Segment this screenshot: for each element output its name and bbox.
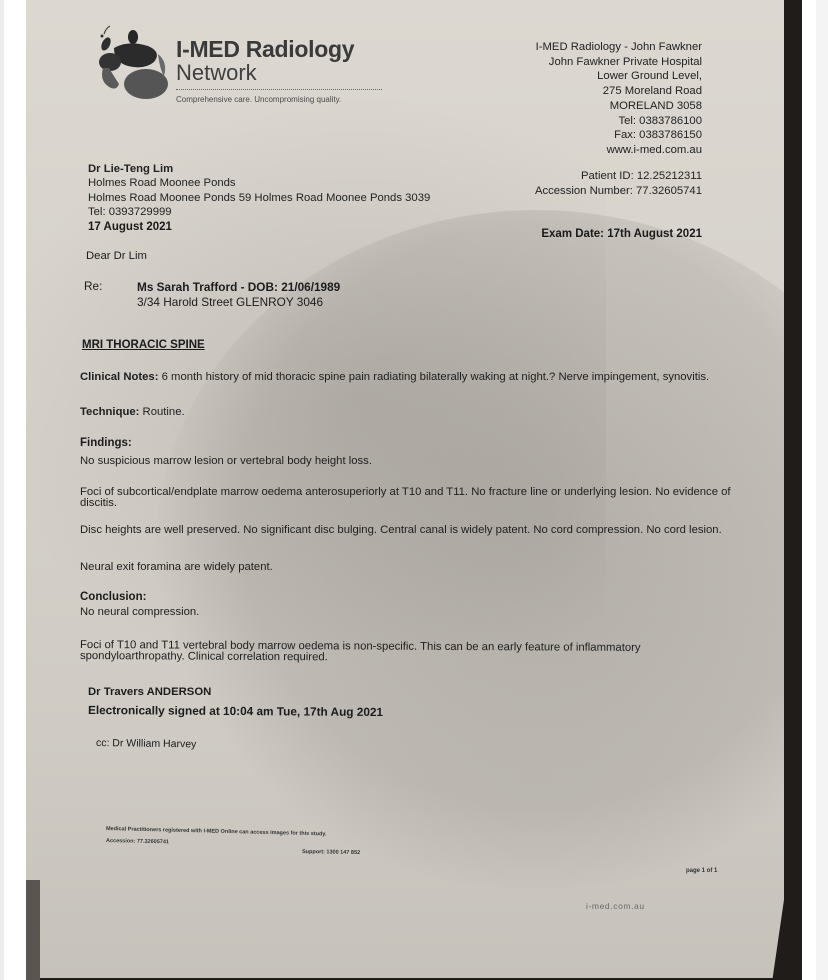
- salutation: Dear Dr Lim: [86, 250, 147, 262]
- table-edge: [26, 880, 40, 980]
- imed-logo-icon: [76, 24, 168, 104]
- findings-heading: Findings:: [80, 437, 132, 449]
- technique: Technique: Routine.: [80, 407, 740, 418]
- clinic-tel: Tel: 0383786100: [536, 114, 702, 129]
- accession-number: Accession Number: 77.32605741: [535, 184, 702, 199]
- clinic-level: Lower Ground Level,: [536, 69, 702, 84]
- footer-url: i-med.com.au: [586, 901, 645, 911]
- referrer-name: Dr Lie-Teng Lim: [88, 162, 430, 176]
- electronic-signature: Electronically signed at 10:04 am Tue, 1…: [88, 703, 383, 719]
- conclusion-1: No neural compression.: [80, 607, 740, 618]
- finding-1: No suspicious marrow lesion or vertebral…: [80, 456, 740, 467]
- clinic-street: 275 Moreland Road: [536, 84, 702, 99]
- referrer-address-1: Holmes Road Moonee Ponds: [88, 176, 430, 190]
- clinic-name: I-MED Radiology - John Fawkner: [536, 40, 702, 55]
- divider: [176, 89, 382, 90]
- referrer-tel: Tel: 0393729999: [88, 205, 430, 219]
- referrer-address-2: Holmes Road Moonee Ponds 59 Holmes Road …: [88, 191, 430, 205]
- report-document: I-MED Radiology Network Comprehensive ca…: [26, 0, 784, 978]
- referrer-block: Dr Lie-Teng Lim Holmes Road Moonee Ponds…: [88, 162, 430, 219]
- technique-label: Technique:: [80, 406, 139, 418]
- cc-recipient: cc: Dr William Harvey: [96, 737, 197, 750]
- finding-2: Foci of subcortical/endplate marrow oede…: [80, 487, 740, 508]
- exam-date: Exam Date: 17th August 2021: [541, 228, 702, 240]
- patient-address: 3/34 Harold Street GLENROY 3046: [137, 295, 323, 309]
- radiologist-name: Dr Travers ANDERSON: [88, 686, 211, 698]
- exam-title: MRI THORACIC SPINE: [82, 339, 205, 351]
- brand-name-network: Network: [176, 60, 257, 86]
- image-border-left: [0, 0, 4, 980]
- re-label: Re:: [84, 279, 102, 293]
- clinical-notes-text: 6 month history of mid thoracic spine pa…: [158, 371, 709, 383]
- clinic-address: I-MED Radiology - John Fawkner John Fawk…: [536, 40, 702, 158]
- brand-tagline: Comprehensive care. Uncompromising quali…: [176, 95, 341, 104]
- footer-support: Support: 1300 147 852: [302, 849, 360, 856]
- patient-ids: Patient ID: 12.25212311 Accession Number…: [535, 169, 702, 198]
- clinic-hospital: John Fawkner Private Hospital: [536, 55, 702, 70]
- clinic-website: www.i-med.com.au: [536, 143, 702, 158]
- conclusion-2: Foci of T10 and T11 vertebral body marro…: [80, 640, 740, 664]
- patient-id: Patient ID: 12.25212311: [535, 169, 702, 184]
- finding-3: Disc heights are well preserved. No sign…: [80, 525, 740, 536]
- clinical-notes: Clinical Notes: 6 month history of mid t…: [80, 372, 740, 383]
- finding-4: Neural exit foramina are widely patent.: [80, 562, 740, 573]
- page-number: page 1 of 1: [686, 868, 717, 874]
- conclusion-heading: Conclusion:: [80, 591, 146, 603]
- image-border-right: [816, 0, 828, 980]
- shadow: [156, 210, 784, 890]
- clinic-suburb: MORELAND 3058: [536, 99, 702, 114]
- footer-access-note: Medical Practitioners registered with I-…: [106, 826, 327, 837]
- patient-name-dob: Ms Sarah Trafford - DOB: 21/06/1989: [137, 280, 340, 294]
- clinical-notes-label: Clinical Notes:: [80, 371, 158, 383]
- clinic-fax: Fax: 0383786150: [536, 128, 702, 143]
- letter-date: 17 August 2021: [88, 221, 172, 233]
- brand-name: I-MED Radiology: [176, 36, 354, 63]
- technique-text: Routine.: [139, 406, 184, 418]
- footer-accession: Accession: 77.32605741: [106, 838, 169, 845]
